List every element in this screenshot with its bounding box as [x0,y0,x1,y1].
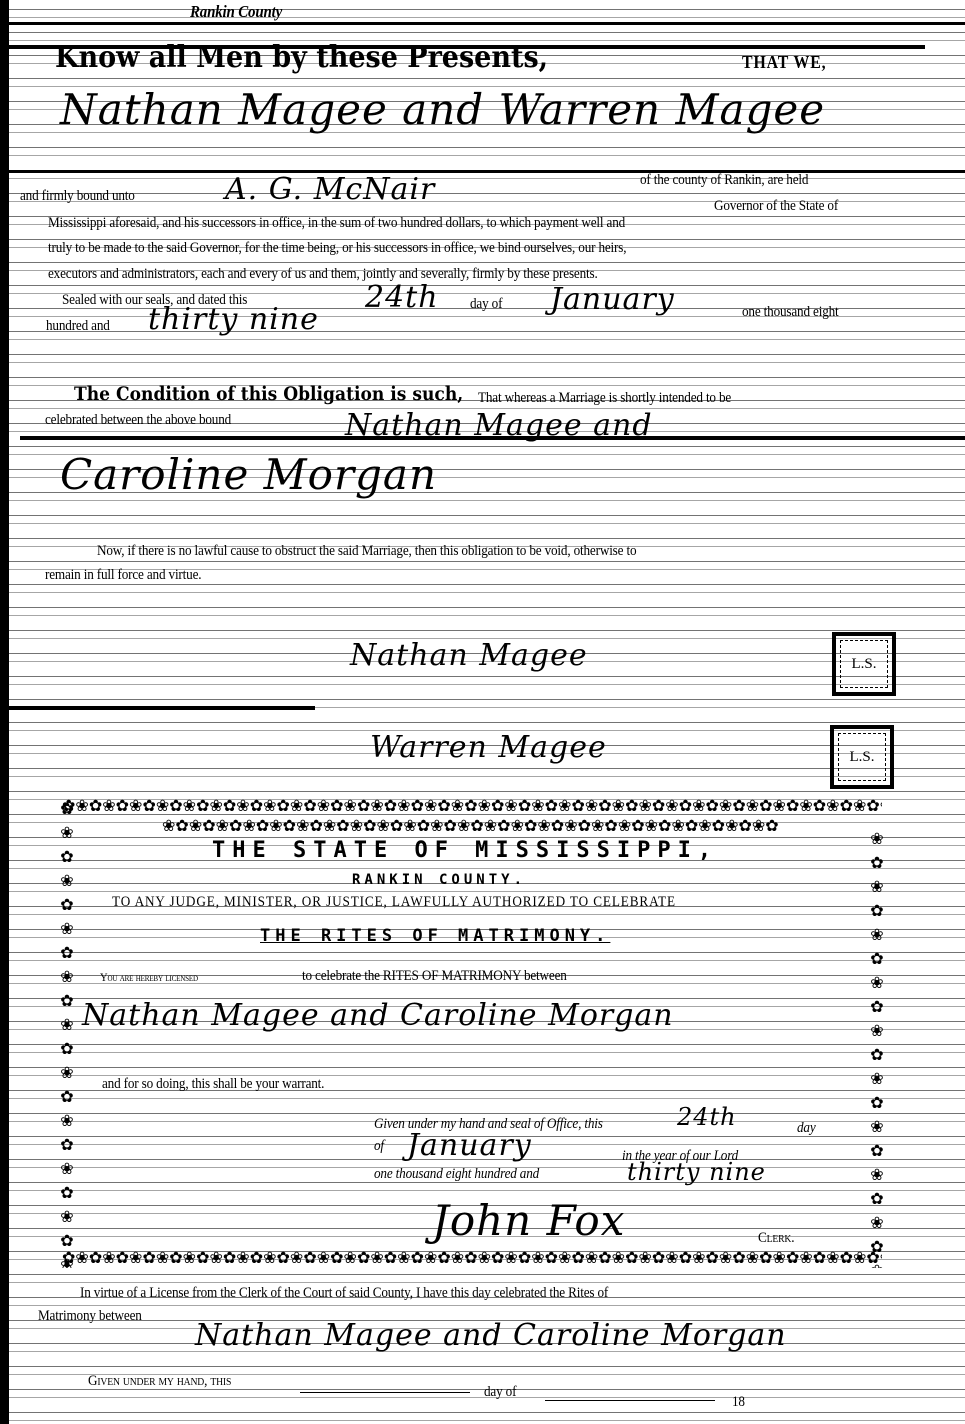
ornamental-border-right: ❀✿❀✿❀✿❀✿❀✿❀✿❀✿❀✿❀✿❀ [868,828,886,1268]
return-line-2-prefix: Matrimony between [38,1308,142,1325]
title-tail: THAT WE, [742,52,827,73]
return-given-prefix: Given under my hand, this [88,1373,231,1390]
void-line-1: Now, if there is no lawful cause to obst… [97,543,636,560]
county-label: Rankin County [190,2,282,22]
license-warrant: and for so doing, this shall be your war… [102,1076,324,1093]
governor-clause: Governor of the State of [714,198,838,215]
return-couple: Nathan Magee and Caroline Morgan [195,1318,787,1353]
scan-left-edge [0,0,9,1424]
scan-band [9,170,965,173]
ornamental-border-left: ✿❀✿❀✿❀✿❀✿❀✿❀✿❀✿❀✿❀✿❀ [58,798,76,1268]
sealed-year: thirty nine [148,302,319,337]
county-clause: of the county of Rankin, are held [640,172,808,189]
day-word: day [797,1120,816,1137]
license-rites: THE RITES OF MATRIMONY. [260,926,610,946]
seal-label-1: L.S. [851,656,876,673]
sealed-day: 24th [365,280,439,315]
clerk-signature: John Fox [432,1196,625,1245]
seal-label-2: L.S. [849,749,874,766]
document-title: Know all Men by these Presents, [55,40,548,75]
bond-line-3: Mississippi aforesaid, and his successor… [48,215,625,232]
sealed-day-of: day of [470,296,502,313]
clerk-title: Clerk. [758,1230,794,1247]
bride-name: Caroline Morgan [60,450,437,499]
ornamental-border-top: ✿❀✿❀✿❀✿❀✿❀✿❀✿❀✿❀✿❀✿❀✿❀✿❀✿❀✿❀✿❀✿❀✿❀✿❀✿❀✿❀… [62,798,882,816]
hundred-and: hundred and [46,318,110,335]
year-text: one thousand eight [742,304,839,321]
given-day: 24th [677,1103,737,1131]
bond-line-5: executors and administrators, each and e… [48,266,598,283]
sealed-month: January [550,282,675,317]
license-county: RANKIN COUNTY. [352,872,526,888]
bond-line-4: truly to be made to the said Governor, f… [48,240,626,257]
licensed-prefix: You are hereby licensed [100,970,198,985]
seal-box-1: L.S. [832,632,896,696]
of-word: of [374,1138,384,1155]
signature-2: Warren Magee [370,730,607,765]
scan-band [9,22,965,25]
return-day-blank [300,1392,470,1393]
year-prefix: one thousand eight hundred and [374,1166,539,1183]
condition-line-2: celebrated between the above bound [45,412,231,429]
given-year: thirty nine [627,1158,766,1186]
license-state: THE STATE OF MISSISSIPPI, [212,838,718,863]
seal-box-2: L.S. [830,725,894,789]
return-month-blank [545,1400,715,1401]
scan-band [9,706,315,710]
void-line-2: remain in full force and virtue. [45,567,201,584]
license-couple: Nathan Magee and Caroline Morgan [82,998,674,1033]
return-line-1: In virtue of a License from the Clerk of… [80,1285,608,1302]
given-month: January [407,1128,532,1163]
return-day-of: day of [484,1384,516,1401]
ornamental-border-top-inner: ❀✿❀✿❀✿❀✿❀✿❀✿❀✿❀✿❀✿❀✿❀✿❀✿❀✿❀✿❀✿❀✿❀✿❀✿❀✿❀✿… [162,818,882,836]
groom-name: Nathan Magee and [345,408,653,443]
condition-heading: The Condition of this Obligation is such… [74,383,463,405]
license-frame: ✿❀✿❀✿❀✿❀✿❀✿❀✿❀✿❀✿❀✿❀✿❀✿❀✿❀✿❀✿❀✿❀✿❀✿❀✿❀✿❀… [62,798,882,1268]
ornamental-border-bottom: ✿❀✿❀✿❀✿❀✿❀✿❀✿❀✿❀✿❀✿❀✿❀✿❀✿❀✿❀✿❀✿❀✿❀✿❀✿❀✿❀… [62,1250,882,1268]
signature-1: Nathan Magee [350,638,588,673]
bound-unto-name: A. G. McNair [225,172,435,207]
principals-signature: Nathan Magee and Warren Magee [60,85,825,134]
license-address: TO ANY JUDGE, MINISTER, OR JUSTICE, LAWF… [112,894,676,911]
bound-unto-prefix: and firmly bound unto [20,188,135,205]
licensed-text: to celebrate the RITES OF MATRIMONY betw… [302,968,567,985]
return-year-prefix: 18 [732,1394,745,1411]
condition-line-1: That whereas a Marriage is shortly inten… [478,390,731,407]
